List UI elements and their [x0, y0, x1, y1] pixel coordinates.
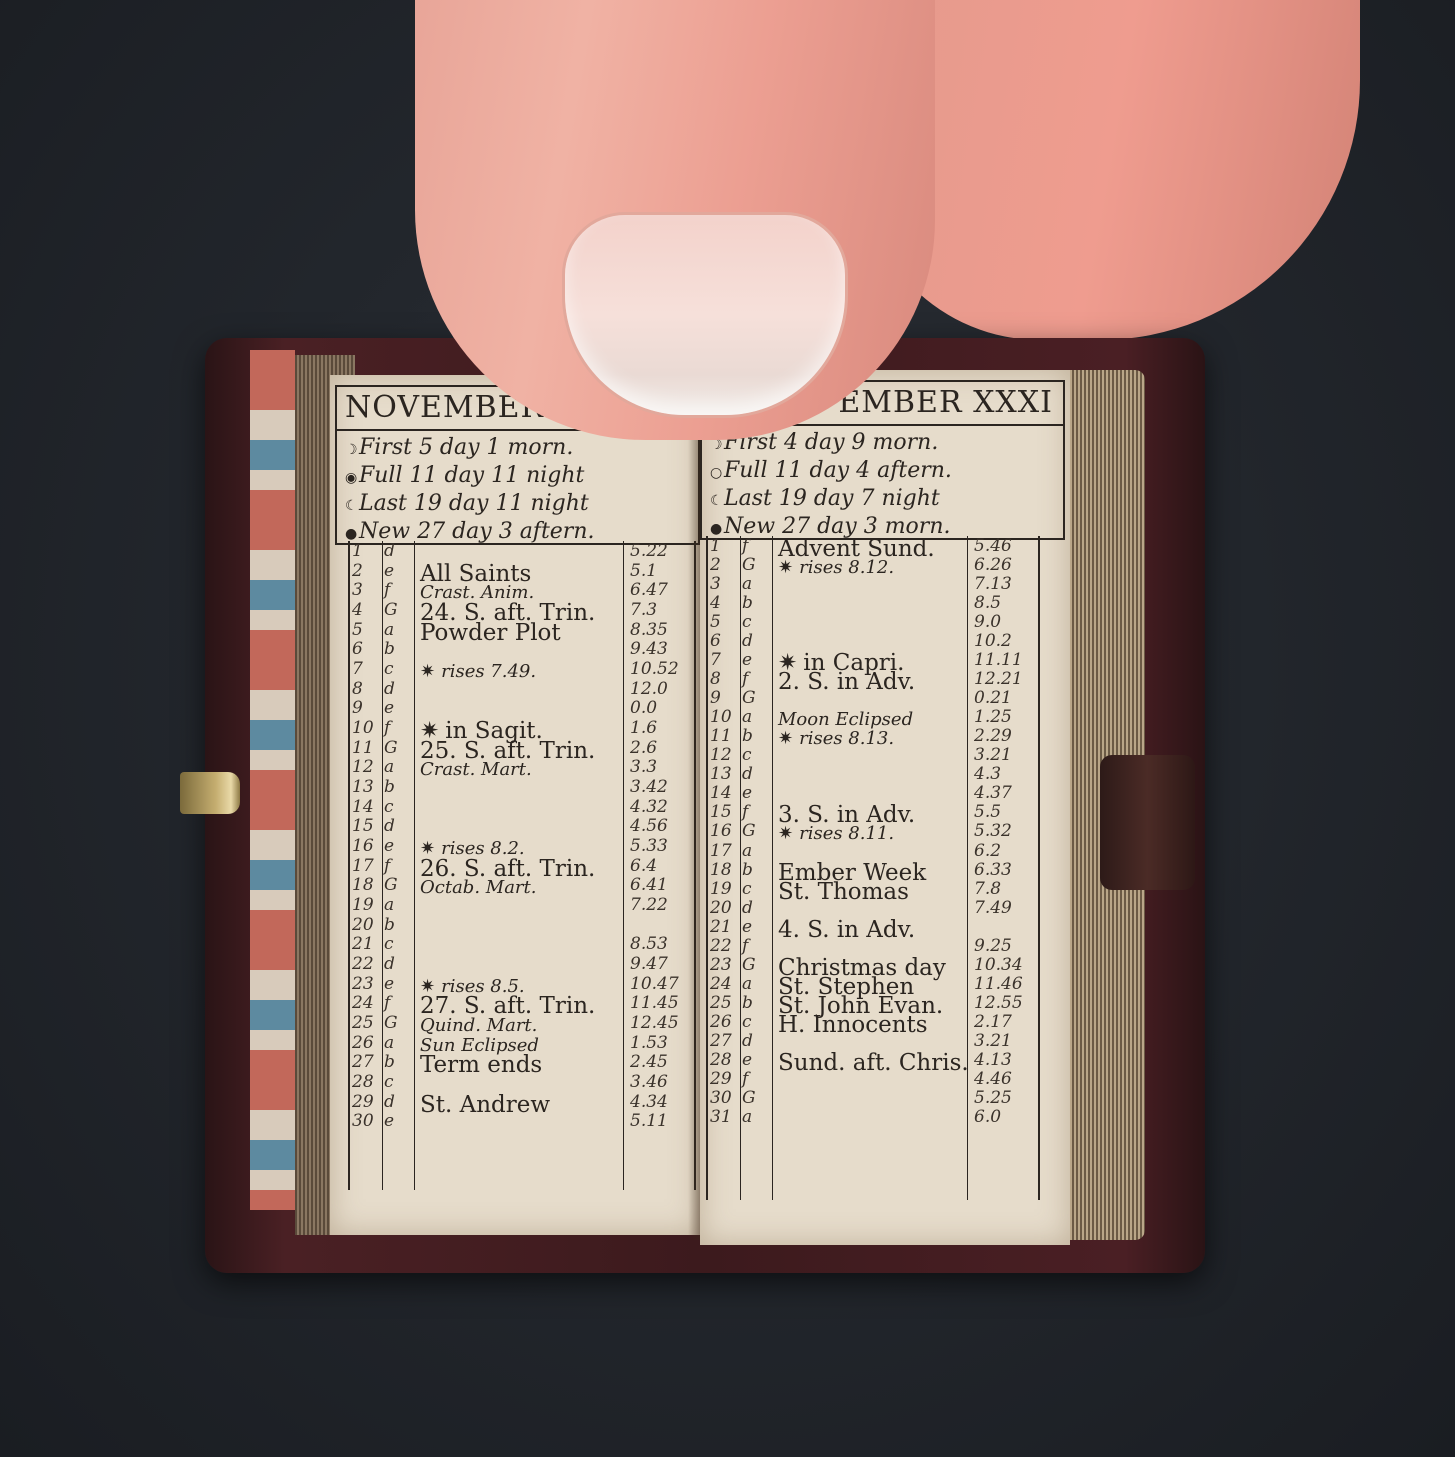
day-number: 28	[710, 1050, 732, 1070]
dominical-letter: G	[384, 738, 398, 758]
event-text: 4. S. in Adv.	[778, 917, 915, 943]
day-number: 10	[352, 718, 374, 738]
moon-time: 1.53	[630, 1033, 668, 1053]
moon-time: 12.0	[630, 679, 668, 699]
sun-icon: ✷	[778, 728, 793, 749]
moon-time: 4.46	[974, 1069, 1012, 1089]
moon-time-column: 5.466.267.138.59.010.211.1112.210.211.25…	[968, 536, 1038, 1200]
sun-icon: ✷	[778, 557, 793, 578]
event-text: Sund. aft. Chris.	[778, 1050, 969, 1076]
day-number: 15	[710, 802, 732, 822]
moon-time: 11.46	[974, 974, 1023, 994]
moon-time: 4.56	[630, 816, 668, 836]
day-number: 1	[352, 541, 363, 561]
moon-time: 2.17	[974, 1012, 1012, 1032]
moon-time: 10.52	[630, 659, 679, 679]
dominical-letter: b	[384, 639, 395, 659]
moon-time: 9.43	[630, 639, 668, 659]
moon-time: 7.3	[630, 600, 657, 620]
dominical-letter: G	[384, 600, 398, 620]
moon-time: 5.1	[630, 561, 657, 581]
dominical-letter: d	[742, 764, 753, 784]
dominical-letter: d	[742, 898, 753, 918]
moon-time: 11.11	[974, 650, 1023, 670]
dominical-letter: d	[384, 679, 395, 699]
day-number: 8	[352, 679, 363, 699]
dominical-letter: c	[384, 1072, 394, 1092]
dominical-letter: a	[742, 574, 752, 594]
moon-time: 6.33	[974, 860, 1012, 880]
dominical-letter: d	[384, 1092, 395, 1112]
dominical-letter-column: fGabcdefGabcdefGabcdefGabcdefGa	[740, 536, 773, 1200]
day-number: 21	[710, 917, 732, 937]
full-moon-icon: ○	[710, 461, 724, 486]
moon-time: 7.49	[974, 898, 1012, 918]
event-text: Octab. Mart.	[420, 877, 537, 898]
moon-time: 8.35	[630, 620, 668, 640]
dominical-letter: e	[742, 783, 752, 803]
moon-time: 5.46	[974, 536, 1012, 556]
day-number: 17	[710, 841, 732, 861]
moon-time: 3.3	[630, 757, 657, 777]
calendar-grid: 1234567891011121314151617181920212223242…	[348, 541, 696, 1190]
moon-time: 7.8	[974, 879, 1001, 899]
calendar-event: 4. S. in Adv.	[778, 917, 915, 943]
thumbnail	[565, 215, 845, 415]
dominical-letter: b	[742, 726, 753, 746]
day-number: 6	[710, 631, 721, 651]
moon-time: 9.25	[974, 936, 1012, 956]
moon-time: 3.21	[974, 1031, 1012, 1051]
first-quarter-moon-icon: ☽	[345, 438, 359, 463]
left-page-november: NOVEMBER XXX ☽First 5 day 1 morn.◉Full 1…	[330, 375, 700, 1235]
marbled-endpaper	[250, 350, 295, 1210]
dominical-letter: c	[384, 797, 394, 817]
calendar-event: Octab. Mart.	[420, 875, 537, 901]
brass-clasp-icon	[180, 772, 240, 814]
calendar-event: St. Andrew	[420, 1092, 550, 1118]
day-number: 2	[710, 555, 721, 575]
moon-time: 10.47	[630, 974, 679, 994]
dominical-letter: a	[742, 707, 752, 727]
dominical-letter: e	[742, 917, 752, 937]
moon-time: 12.45	[630, 1013, 679, 1033]
moon-phase-text: Full 11 day 4 aftern.	[724, 458, 952, 483]
dominical-letter: a	[742, 1107, 752, 1127]
dominical-letter: e	[384, 561, 394, 581]
dominical-letter: G	[384, 1013, 398, 1033]
moon-time: 6.26	[974, 555, 1012, 575]
moon-phase-text: First 5 day 1 morn.	[359, 435, 573, 460]
day-number: 7	[710, 650, 721, 670]
moon-phase-row: ☾Last 19 day 11 night	[345, 491, 698, 519]
moon-time: 6.4	[630, 856, 657, 876]
event-text: St. Thomas	[778, 879, 909, 905]
day-number: 24	[352, 993, 374, 1013]
calendar-event: Crast. Mart.	[420, 757, 532, 783]
moon-time: 4.13	[974, 1050, 1012, 1070]
calendar-event: H. Innocents	[778, 1012, 928, 1038]
dominical-letter: e	[742, 1050, 752, 1070]
moon-time: 8.5	[974, 593, 1001, 613]
dominical-letter: f	[742, 536, 748, 556]
dominical-letter: c	[742, 612, 752, 632]
events-column: Advent Sund.✷rises 8.12.✷in Capri.2. S. …	[772, 536, 968, 1200]
moon-phases: ☽First 5 day 1 morn.◉Full 11 day 11 nigh…	[335, 431, 700, 545]
day-number: 25	[352, 1013, 374, 1033]
day-number: 13	[710, 764, 732, 784]
dominical-letter: b	[742, 993, 753, 1013]
dominical-letter: f	[742, 936, 748, 956]
day-number: 23	[710, 955, 732, 975]
day-number: 12	[352, 757, 374, 777]
dominical-letter: f	[742, 802, 748, 822]
day-number: 24	[710, 974, 732, 994]
day-number: 13	[352, 777, 374, 797]
dominical-letter: f	[742, 669, 748, 689]
day-number: 22	[352, 954, 374, 974]
dominical-letter: e	[384, 974, 394, 994]
moon-time: 5.25	[974, 1088, 1012, 1108]
calendar-event: Sund. aft. Chris.	[778, 1050, 969, 1076]
dominical-letter: d	[384, 954, 395, 974]
day-number: 4	[710, 593, 721, 613]
dominical-letter: c	[384, 934, 394, 954]
day-number: 2	[352, 561, 363, 581]
last-quarter-moon-icon: ☾	[345, 494, 359, 519]
calendar-grid: 1234567891011121314151617181920212223242…	[706, 536, 1040, 1200]
dominical-letter: f	[384, 580, 390, 600]
day-number: 8	[710, 669, 721, 689]
dominical-letter: a	[742, 974, 752, 994]
moon-time-column: 5.225.16.477.38.359.4310.5212.00.01.62.6…	[624, 541, 694, 1190]
day-number: 27	[710, 1031, 732, 1051]
dominical-letter: d	[384, 816, 395, 836]
day-number: 21	[352, 934, 374, 954]
day-number: 12	[710, 745, 732, 765]
day-number: 6	[352, 639, 363, 659]
day-number: 7	[352, 659, 363, 679]
moon-time: 6.2	[974, 841, 1001, 861]
event-text: H. Innocents	[778, 1012, 928, 1038]
moon-time: 7.22	[630, 895, 668, 915]
day-number: 3	[352, 580, 363, 600]
moon-time: 2.29	[974, 726, 1012, 746]
dominical-letter: d	[742, 631, 753, 651]
last-quarter-moon-icon: ☾	[710, 489, 724, 514]
dominical-letter: b	[384, 1052, 395, 1072]
calendar-event: ✷rises 8.11.	[778, 821, 894, 847]
dominical-letter: a	[384, 757, 394, 777]
dominical-letter: G	[742, 821, 756, 841]
day-number: 11	[352, 738, 374, 758]
calendar-event: ✷rises 8.13.	[778, 726, 894, 752]
moon-time: 5.22	[630, 541, 668, 561]
moon-phase-text: Last 19 day 7 night	[724, 486, 940, 511]
day-number: 27	[352, 1052, 374, 1072]
moon-time: 0.21	[974, 688, 1012, 708]
event-text: Crast. Mart.	[420, 759, 532, 780]
calendar-event: 2. S. in Adv.	[778, 669, 915, 695]
moon-time: 10.34	[974, 955, 1023, 975]
event-text: St. Andrew	[420, 1092, 550, 1118]
day-number: 31	[710, 1107, 732, 1127]
dominical-letter: b	[742, 593, 753, 613]
moon-time: 6.47	[630, 580, 668, 600]
full-moon-icon: ◉	[345, 466, 359, 491]
dominical-letter-column: defGabcdefGabcdefGabcdefGabcde	[382, 541, 415, 1190]
day-number: 14	[352, 797, 374, 817]
dominical-letter: a	[384, 620, 394, 640]
dominical-letter: a	[742, 841, 752, 861]
moon-time: 0.0	[630, 698, 657, 718]
dominical-letter: d	[742, 1031, 753, 1051]
day-number: 19	[710, 879, 732, 899]
event-text: Powder Plot	[420, 620, 561, 646]
day-column: 1234567891011121314151617181920212223242…	[708, 536, 741, 1200]
moon-phase-row: ○Full 11 day 4 aftern.	[710, 458, 1063, 486]
moon-phases: ☽First 4 day 9 morn.○Full 11 day 4 after…	[700, 426, 1065, 540]
day-number: 23	[352, 974, 374, 994]
moon-time: 9.0	[974, 612, 1001, 632]
moon-time: 3.46	[630, 1072, 668, 1092]
day-number: 26	[710, 1012, 732, 1032]
moon-phase-row: ◉Full 11 day 11 night	[345, 463, 698, 491]
day-number: 28	[352, 1072, 374, 1092]
day-number: 20	[352, 915, 374, 935]
day-number: 26	[352, 1033, 374, 1053]
day-number: 16	[710, 821, 732, 841]
day-number: 11	[710, 726, 732, 746]
moon-time: 4.3	[974, 764, 1001, 784]
event-text: Term ends	[420, 1052, 542, 1078]
calendar-event: ✷rises 7.49.	[420, 659, 536, 685]
event-text: rises 7.49.	[441, 661, 536, 682]
day-number: 10	[710, 707, 732, 727]
dominical-letter: c	[742, 1012, 752, 1032]
sun-icon: ✷	[778, 823, 793, 844]
dominical-letter: e	[742, 650, 752, 670]
day-number: 3	[710, 574, 721, 594]
moon-time: 6.41	[630, 875, 668, 895]
moon-phase-text: Full 11 day 11 night	[359, 463, 584, 488]
dominical-letter: e	[384, 1111, 394, 1131]
moon-time: 2.6	[630, 738, 657, 758]
dominical-letter: c	[742, 879, 752, 899]
dominical-letter: G	[384, 875, 398, 895]
dominical-letter: f	[384, 993, 390, 1013]
day-number: 18	[352, 875, 374, 895]
calendar-event: ✷rises 8.12.	[778, 555, 894, 581]
moon-time: 10.2	[974, 631, 1012, 651]
event-text: 2. S. in Adv.	[778, 669, 915, 695]
day-number: 20	[710, 898, 732, 918]
moon-time: 11.45	[630, 993, 679, 1013]
moon-time: 8.53	[630, 934, 668, 954]
moon-time: 5.5	[974, 802, 1001, 822]
moon-time: 4.32	[630, 797, 668, 817]
day-number: 15	[352, 816, 374, 836]
dominical-letter: G	[742, 555, 756, 575]
moon-time: 7.13	[974, 574, 1012, 594]
calendar-event: Powder Plot	[420, 620, 561, 646]
dominical-letter: G	[742, 955, 756, 975]
moon-time: 1.6	[630, 718, 657, 738]
day-number: 18	[710, 860, 732, 880]
moon-time: 5.11	[630, 1111, 668, 1131]
dominical-letter: G	[742, 688, 756, 708]
dominical-letter: c	[742, 745, 752, 765]
dominical-letter: e	[384, 836, 394, 856]
dominical-letter: a	[384, 895, 394, 915]
day-number: 14	[710, 783, 732, 803]
dominical-letter: d	[384, 541, 395, 561]
moon-time: 4.34	[630, 1092, 668, 1112]
calendar-event: Term ends	[420, 1052, 542, 1078]
event-text: rises 8.12.	[799, 557, 894, 578]
day-number: 19	[352, 895, 374, 915]
dominical-letter: f	[384, 718, 390, 738]
sun-icon: ✷	[420, 661, 435, 682]
moon-time: 3.21	[974, 745, 1012, 765]
calendar-event: St. Thomas	[778, 879, 909, 905]
day-number: 22	[710, 936, 732, 956]
leather-clasp-strap	[1100, 755, 1195, 890]
day-number: 1	[710, 536, 721, 556]
event-text: rises 8.13.	[799, 728, 894, 749]
right-page-december: EMBER XXXI ☽First 4 day 9 morn.○Full 11 …	[700, 370, 1070, 1245]
dominical-letter: b	[384, 777, 395, 797]
day-number: 29	[710, 1069, 732, 1089]
day-number: 16	[352, 836, 374, 856]
dominical-letter: b	[742, 860, 753, 880]
moon-time: 4.37	[974, 783, 1012, 803]
dominical-letter: f	[384, 856, 390, 876]
dominical-letter: f	[742, 1069, 748, 1089]
moon-time: 2.45	[630, 1052, 668, 1072]
day-column: 1234567891011121314151617181920212223242…	[350, 541, 383, 1190]
moon-phase-row: ☾Last 19 day 7 night	[710, 486, 1063, 514]
moon-time: 12.55	[974, 993, 1023, 1013]
dominical-letter: a	[384, 1033, 394, 1053]
dominical-letter: e	[384, 698, 394, 718]
event-text: rises 8.11.	[799, 823, 894, 844]
day-number: 5	[352, 620, 363, 640]
day-number: 25	[710, 993, 732, 1013]
day-number: 30	[352, 1111, 374, 1131]
day-number: 29	[352, 1092, 374, 1112]
day-number: 5	[710, 612, 721, 632]
moon-time: 3.42	[630, 777, 668, 797]
events-column: All SaintsCrast. Anim.24. S. aft. Trin.P…	[414, 541, 624, 1190]
day-number: 30	[710, 1088, 732, 1108]
dominical-letter: c	[384, 659, 394, 679]
moon-time: 9.47	[630, 954, 668, 974]
moon-time: 6.0	[974, 1107, 1001, 1127]
moon-phase-text: Last 19 day 11 night	[359, 491, 589, 516]
dominical-letter: b	[384, 915, 395, 935]
moon-time: 5.33	[630, 836, 668, 856]
day-number: 9	[352, 698, 363, 718]
moon-time: 5.32	[974, 821, 1012, 841]
moon-time: 1.25	[974, 707, 1012, 727]
day-number: 9	[710, 688, 721, 708]
day-number: 4	[352, 600, 363, 620]
day-number: 17	[352, 856, 374, 876]
dominical-letter: G	[742, 1088, 756, 1108]
moon-time: 12.21	[974, 669, 1023, 689]
